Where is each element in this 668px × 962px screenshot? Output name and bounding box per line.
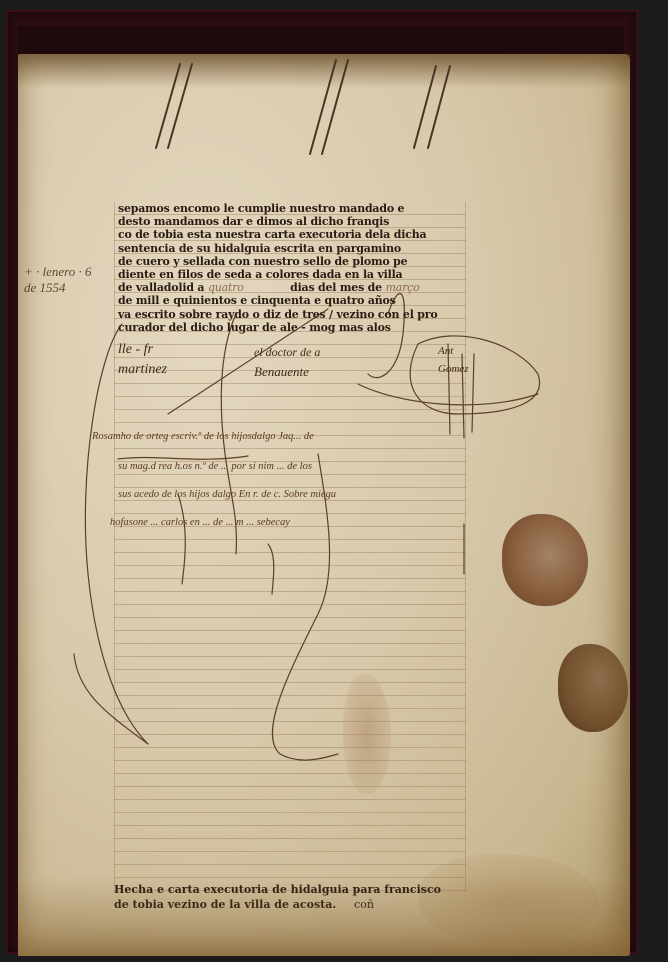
footer-annotation: coñ <box>354 898 374 911</box>
signature-left-line2: martinez <box>118 360 167 380</box>
signature-right-line2: Gomez <box>438 360 469 378</box>
footer-title: Hecha e carta executoria de hidalguia pa… <box>114 882 494 912</box>
notary-line: su mag.d rea h.os n.º de ... por si nim … <box>118 454 312 480</box>
text-line: co de tobia esta nuestra carta executori… <box>118 228 471 241</box>
notary-line: sus acedo de los hijos dalgo En r. de c.… <box>118 482 336 508</box>
manuscript-page: + · lenero · 6 de 1554 sepamos encomo le… <box>18 54 630 956</box>
text-line: curador del dicho lugar de ale - mog mas… <box>118 321 471 334</box>
binding-inner: + · lenero · 6 de 1554 sepamos encomo le… <box>18 26 624 936</box>
faint-month: março <box>386 281 420 294</box>
footer-line2-wrap: de tobia vezino de la villa de acosta. c… <box>114 897 494 912</box>
text-line: sentencia de su hidalguia escrita en par… <box>118 242 471 255</box>
faint-day: quatro <box>208 281 244 294</box>
notary-line: hofasone ... carlos en ... de ... m ... … <box>110 510 290 536</box>
footer-line1: Hecha e carta executoria de hidalguia pa… <box>114 882 494 897</box>
text-segment: de valladolid a <box>118 280 204 294</box>
text-segment: dias del mes de <box>290 280 382 294</box>
binding-frame: + · lenero · 6 de 1554 sepamos encomo le… <box>6 10 638 954</box>
signature-center-line1: el doctor de a <box>254 342 320 362</box>
main-text-block: sepamos encomo le cumplie nuestro mandad… <box>118 202 471 334</box>
signature-right: Ant Gomez <box>438 342 469 378</box>
marginal-note-line2: de 1554 <box>24 280 114 296</box>
signature-right-line1: Ant <box>438 342 469 360</box>
signature-center: el doctor de a Benauente <box>254 342 320 382</box>
text-line: va escrito sobre raydo o diz de tres / v… <box>118 308 471 321</box>
marginal-note-line1: + · lenero · 6 <box>24 264 114 280</box>
signature-left: lle - fr martinez <box>118 340 167 380</box>
footer-line2: de tobia vezino de la villa de acosta. <box>114 898 336 911</box>
notary-line: Rosamho de orteg escriv.º de los hijosda… <box>92 424 314 450</box>
text-line: de mill e quinientos e cinquenta e quatr… <box>118 294 471 307</box>
signature-center-line2: Benauente <box>254 362 320 382</box>
marginal-date-note: + · lenero · 6 de 1554 <box>24 264 114 296</box>
signature-left-line1: lle - fr <box>118 340 167 360</box>
